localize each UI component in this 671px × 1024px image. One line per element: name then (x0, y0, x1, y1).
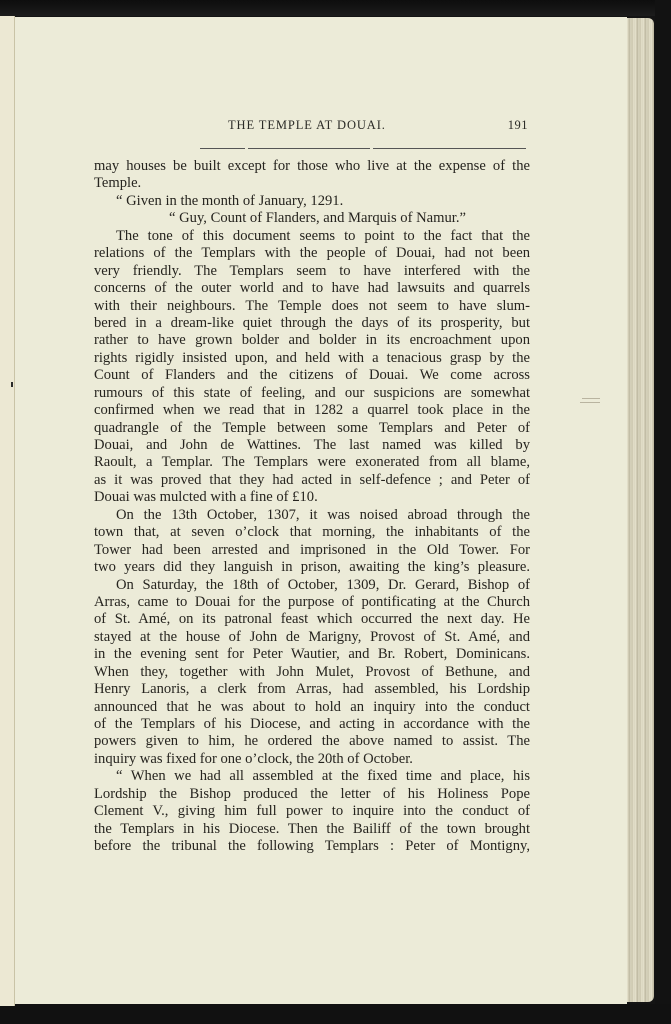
text-line: with their neighbours. The Temple does n… (94, 298, 530, 315)
text-line: relations of the Templars with the peopl… (94, 245, 530, 262)
text-line: bered in a dream-like quiet through the … (94, 315, 530, 332)
text-line: stayed at the house of John de Marigny, … (94, 629, 530, 646)
page-edges (626, 18, 654, 1002)
text-line: Douai, and John de Wattines. The last na… (94, 437, 530, 454)
text-line: Count of Flanders and the citizens of Do… (94, 367, 530, 384)
running-head: THE TEMPLE AT DOUAI. 191 (228, 118, 530, 133)
text-line: Temple. (94, 175, 530, 192)
text-line: before the tribunal the following Templa… (94, 838, 530, 855)
text-line: “ When we had all assembled at the fixed… (94, 768, 530, 785)
text-line: On the 13th October, 1307, it was noised… (94, 507, 530, 524)
text-line: of the Templars of his Diocese, and acti… (94, 716, 530, 733)
running-head-title: THE TEMPLE AT DOUAI. (228, 118, 386, 132)
text-line: the Templars in his Diocese. Then the Ba… (94, 821, 530, 838)
text-line: town that, at seven o’clock that morning… (94, 524, 530, 541)
text-line: rights rigidly insisted upon, and held w… (94, 350, 530, 367)
gutter-mark (11, 382, 13, 387)
text-line: powers given to him, he ordered the abov… (94, 733, 530, 750)
text-line: The tone of this document seems to point… (94, 228, 530, 245)
header-rule (200, 148, 526, 149)
text-line: inquiry was fixed for one o’clock, the 2… (94, 751, 530, 768)
text-line: When they, together with John Mulet, Pro… (94, 664, 530, 681)
text-line: Raoult, a Templar. The Templars were exo… (94, 454, 530, 471)
text-line: in the evening sent for Peter Wautier, a… (94, 646, 530, 663)
text-line: as it was proved that they had acted in … (94, 472, 530, 489)
page-number: 191 (508, 118, 528, 133)
text-line: Tower had been arrested and imprisoned i… (94, 542, 530, 559)
book-cover-right (655, 0, 671, 1024)
text-line: confirmed when we read that in 1282 a qu… (94, 402, 530, 419)
text-line: Douai was mulcted with a fine of £10. (94, 489, 530, 506)
margin-mark (580, 402, 600, 403)
text-line: “ Given in the month of January, 1291. (94, 193, 530, 210)
text-line: may houses be built except for those who… (94, 158, 530, 175)
text-line: “ Guy, Count of Flanders, and Marquis of… (94, 210, 530, 227)
text-line: very friendly. The Templars seem to have… (94, 263, 530, 280)
body-text: may houses be built except for those who… (94, 158, 530, 856)
text-line: rather to have grown bolder and bolder i… (94, 332, 530, 349)
text-line: rumours of this state of feeling, and ou… (94, 385, 530, 402)
text-line: quadrangle of the Temple between some Te… (94, 420, 530, 437)
margin-mark (582, 398, 600, 399)
facing-page-gutter (0, 16, 15, 1006)
text-line: announced that he was about to hold an i… (94, 699, 530, 716)
text-line: concerns of the outer world and to have … (94, 280, 530, 297)
text-line: of St. Amé, on its patronal feast which … (94, 611, 530, 628)
book-cover-top (0, 0, 671, 16)
text-line: Clement V., giving him full power to inq… (94, 803, 530, 820)
text-line: Arras, came to Douai for the purpose of … (94, 594, 530, 611)
text-line: On Saturday, the 18th of October, 1309, … (94, 577, 530, 594)
text-line: two years did they languish in prison, a… (94, 559, 530, 576)
text-line: Henry Lanoris, a clerk from Arras, had a… (94, 681, 530, 698)
book-cover-bottom (0, 1004, 671, 1024)
text-line: Lordship the Bishop produced the letter … (94, 786, 530, 803)
